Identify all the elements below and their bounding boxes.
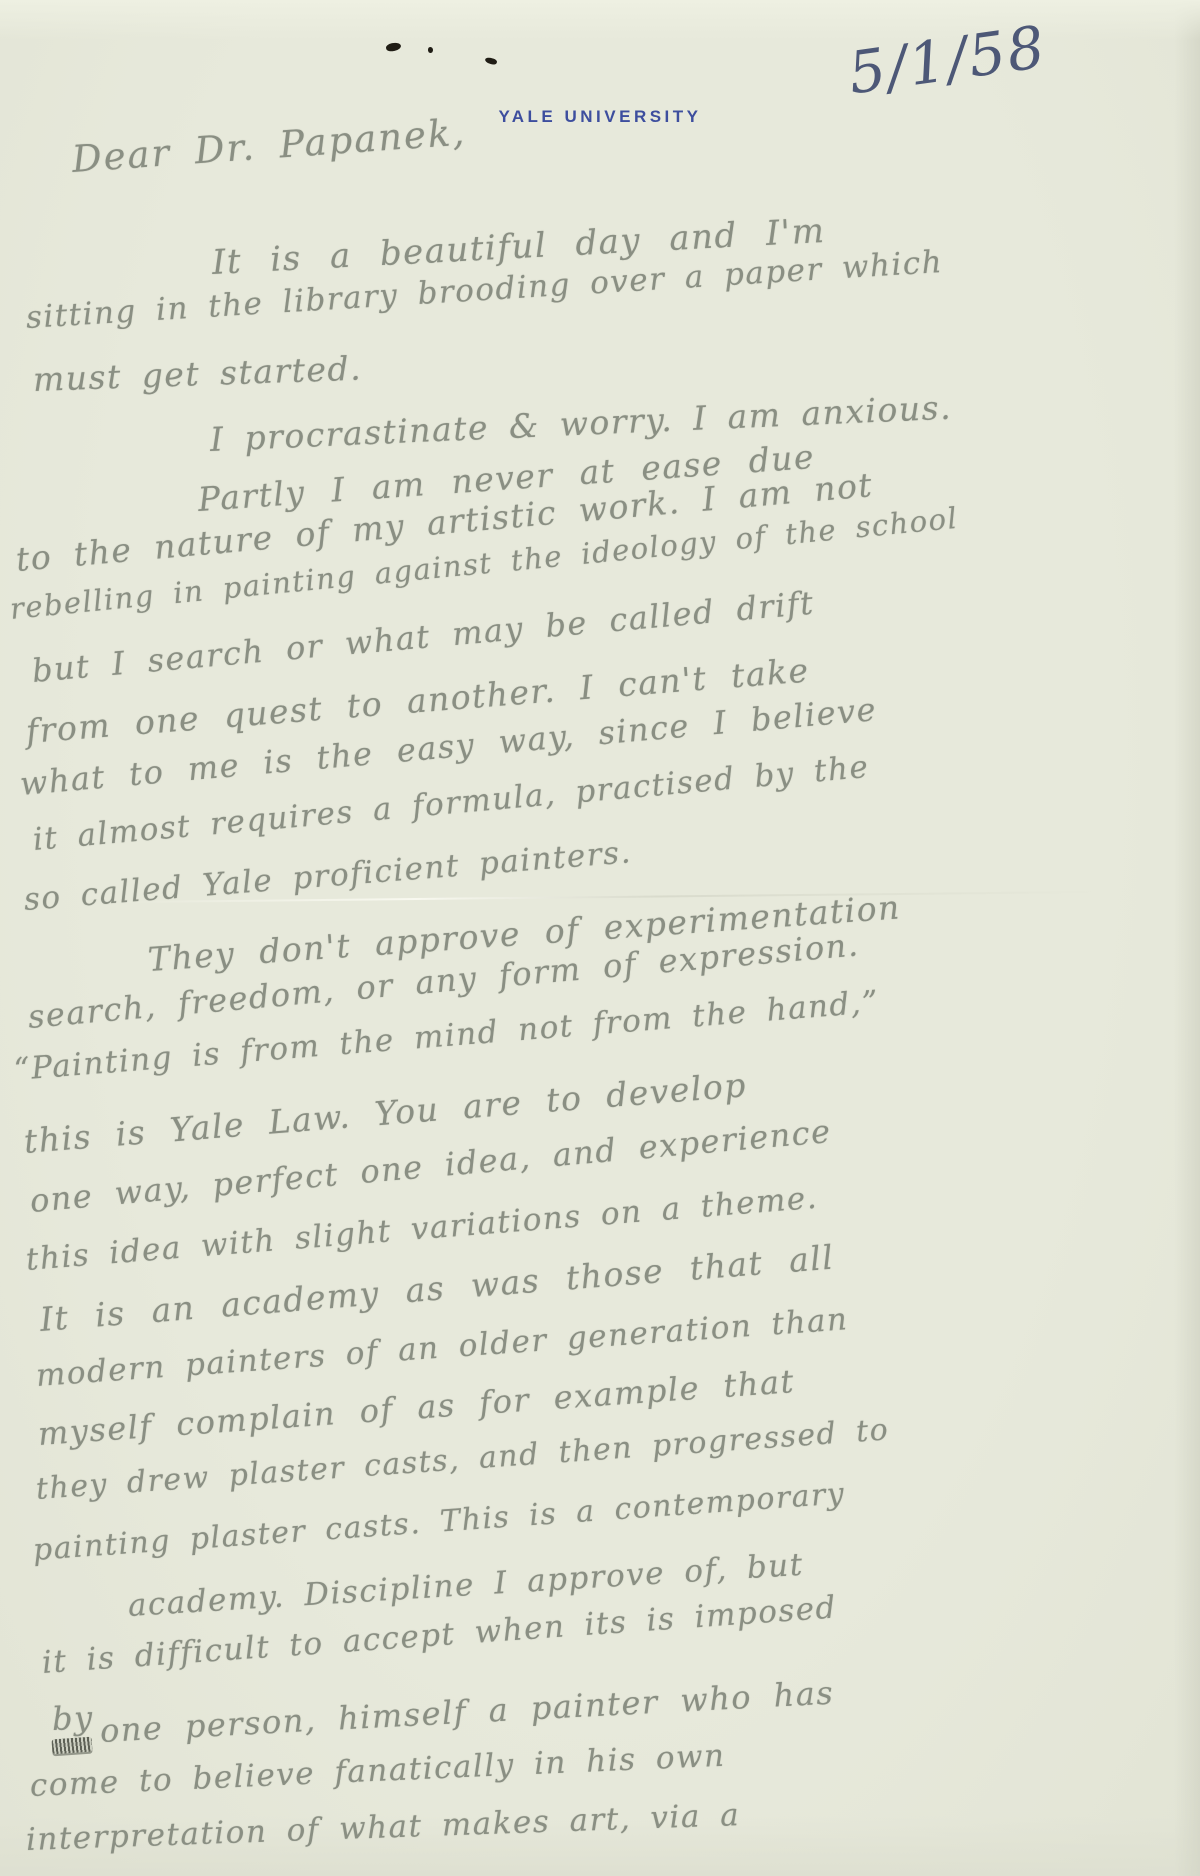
letter-page: 5/1/58 YALE UNIVERSITY Dear Dr. Papanek,… bbox=[0, 0, 1200, 1876]
scribble-strikeout-mark bbox=[52, 1737, 93, 1755]
handwritten-line: one person, himself a painter who has bbox=[99, 1674, 835, 1750]
handwritten-date: 5/1/58 bbox=[844, 13, 1050, 108]
handwritten-line: interpretation of what makes art, via a bbox=[25, 1797, 740, 1858]
handwritten-line: by bbox=[51, 1699, 94, 1738]
ink-speck-icon bbox=[385, 42, 401, 53]
letterhead-title: YALE UNIVERSITY bbox=[0, 107, 1200, 127]
ink-speck-icon bbox=[428, 47, 433, 53]
handwritten-line: I procrastinate & worry. I am anxious. bbox=[209, 388, 953, 459]
ink-speck-icon bbox=[484, 56, 497, 65]
handwritten-line: must get started. bbox=[32, 349, 362, 399]
